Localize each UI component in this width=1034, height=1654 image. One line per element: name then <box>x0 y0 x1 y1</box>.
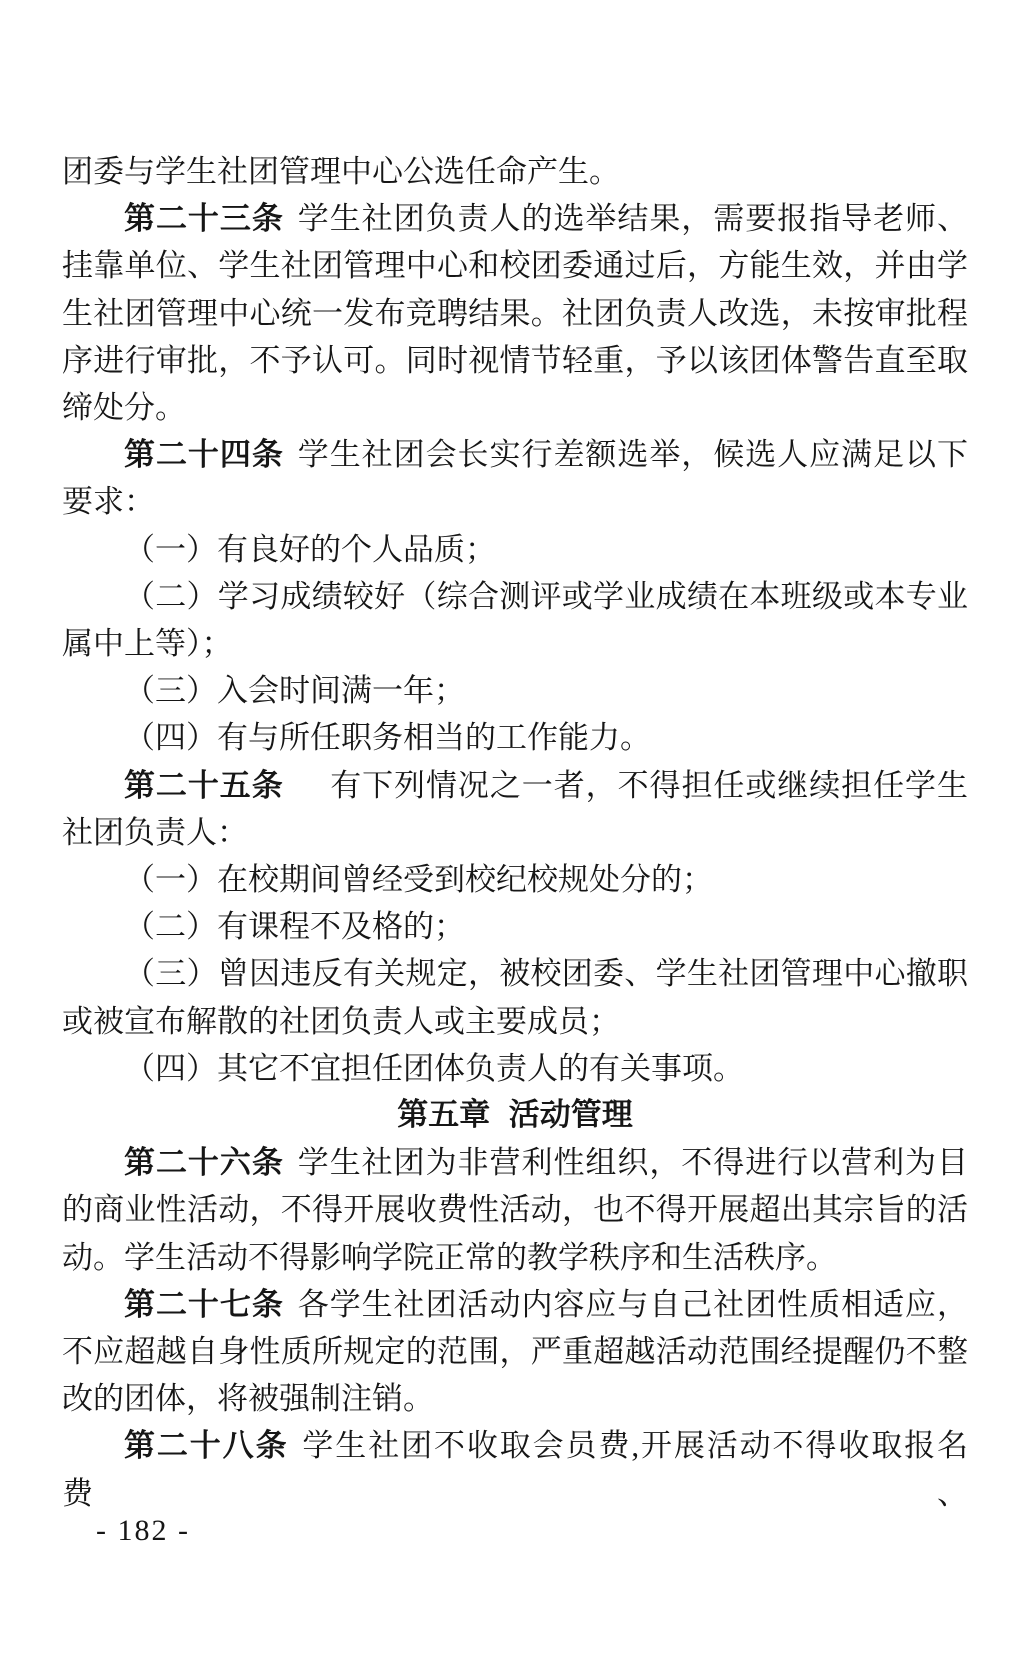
chapter-5-heading: 第五章 活动管理 <box>62 1092 968 1139</box>
article-24-item-1: （一）有良好的个人品质； <box>62 526 968 573</box>
article-25-number: 第二十五条 <box>124 768 284 803</box>
document-page: 团委与学生社团管理中心公选任命产生。 第二十三条学生社团负责人的选举结果，需要报… <box>0 0 1034 1654</box>
page-number: - 182 - <box>96 1514 190 1548</box>
article-27-number: 第二十七条 <box>124 1287 284 1322</box>
article-28: 第二十八条学生社团不收取会员费,开展活动不得收取报名费、 <box>62 1422 968 1516</box>
article-26: 第二十六条学生社团为非营利性组织，不得进行以营利为目的商业性活动，不得开展收费性… <box>62 1139 968 1281</box>
article-28-number: 第二十八条 <box>124 1428 288 1463</box>
article-23: 第二十三条学生社团负责人的选举结果，需要报指导老师、挂靠单位、学生社团管理中心和… <box>62 195 968 431</box>
article-25-item-2: （二）有课程不及格的； <box>62 903 968 950</box>
paragraph-continuation: 团委与学生社团管理中心公选任命产生。 <box>62 148 968 195</box>
article-25: 第二十五条有下列情况之一者，不得担任或继续担任学生社团负责人： <box>62 762 968 856</box>
article-26-number: 第二十六条 <box>124 1145 284 1180</box>
article-24-item-2: （二）学习成绩较好（综合测评或学业成绩在本班级或本专业属中上等）； <box>62 573 968 667</box>
article-25-item-3: （三）曾因违反有关规定，被校团委、学生社团管理中心撤职或被宣布解散的社团负责人或… <box>62 950 968 1044</box>
article-23-number: 第二十三条 <box>124 201 284 236</box>
article-27: 第二十七条各学生社团活动内容应与自己社团性质相适应，不应超越自身性质所规定的范围… <box>62 1281 968 1423</box>
article-25-item-4: （四）其它不宜担任团体负责人的有关事项。 <box>62 1045 968 1092</box>
article-24-number: 第二十四条 <box>124 437 284 472</box>
article-24-item-3: （三）入会时间满一年； <box>62 667 968 714</box>
article-24-item-4: （四）有与所任职务相当的工作能力。 <box>62 714 968 761</box>
article-24: 第二十四条学生社团会长实行差额选举，候选人应满足以下要求： <box>62 431 968 525</box>
document-body: 团委与学生社团管理中心公选任命产生。 第二十三条学生社团负责人的选举结果，需要报… <box>62 148 968 1517</box>
article-25-item-1: （一）在校期间曾经受到校纪校规处分的； <box>62 856 968 903</box>
